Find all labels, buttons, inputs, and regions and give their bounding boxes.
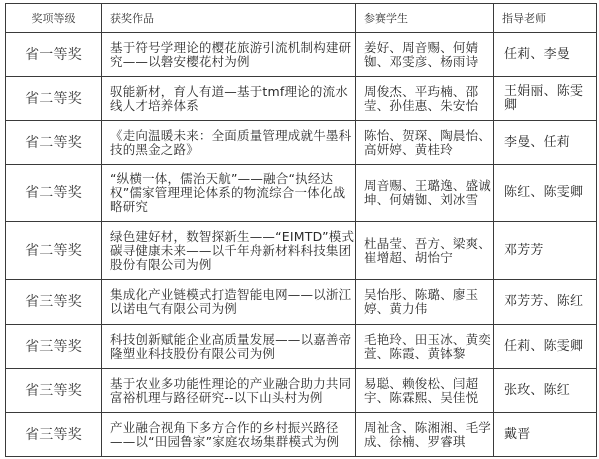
award-teacher: 任莉、李曼: [494, 33, 597, 77]
award-work: 驭能新材，育人有道—基于tmf理论的流水线人才培养体系: [102, 77, 356, 121]
award-students: 周祉含、陈湘湘、毛学成、徐楠、罗睿琪: [356, 413, 494, 457]
award-work: 《走向温暖未来：全面质量管理成就牛墨科技的黑金之路》: [102, 121, 356, 165]
award-teacher: 邓芳芳: [494, 222, 597, 280]
table-row: 省二等奖 驭能新材，育人有道—基于tmf理论的流水线人才培养体系 周俊杰、平玙楠…: [6, 77, 597, 121]
award-level: 省一等奖: [6, 33, 102, 77]
award-teacher: 张玫、陈红: [494, 369, 597, 413]
award-work: “纵横一体，儒治天航”——融合“执经达权”儒家管理理论体系的物流综合一体化战略研…: [102, 165, 356, 222]
award-students: 吴怡彤、陈璐、廖玉婷、黄力伟: [356, 280, 494, 325]
award-level: 省三等奖: [6, 413, 102, 457]
award-level: 省二等奖: [6, 77, 102, 121]
award-teacher: 王娟丽、陈雯卿: [494, 77, 597, 121]
award-teacher: 戴晋: [494, 413, 597, 457]
award-work: 集成化产业链模式打造智能电网——以浙江以诺电气有限公司为例: [102, 280, 356, 325]
award-students: 陈怡、贺琛、陶晨怡、高妍婷、黄桂玲: [356, 121, 494, 165]
award-students: 姜好、周音赐、何婧铷、邓雯彦、杨雨诗: [356, 33, 494, 77]
award-students: 易聪、赖俊松、闫超宇、陈霖熙、吴佳悦: [356, 369, 494, 413]
table-row: 省二等奖 《走向温暖未来：全面质量管理成就牛墨科技的黑金之路》 陈怡、贺琛、陶晨…: [6, 121, 597, 165]
award-level: 省二等奖: [6, 222, 102, 280]
award-work: 绿色建好材，数智探新生——“EIMTD”模式碳寻健康未来——以千年舟新材料科技集…: [102, 222, 356, 280]
award-work: 基于农业多功能性理论的产业融合助力共同富裕机理与路径研究--以下山头村为例: [102, 369, 356, 413]
table-row: 省三等奖 产业融合视角下多方合作的乡村振兴路径——以“田园鲁家”家庭农场集群模式…: [6, 413, 597, 457]
table-row: 省二等奖 “纵横一体，儒治天航”——融合“执经达权”儒家管理理论体系的物流综合一…: [6, 165, 597, 222]
table-row: 省三等奖 集成化产业链模式打造智能电网——以浙江以诺电气有限公司为例 吴怡彤、陈…: [6, 280, 597, 325]
award-students: 周俊杰、平玙楠、邵莹、孙佳惠、朱安怡: [356, 77, 494, 121]
table-row: 省三等奖 科技创新赋能企业高质量发展——以嘉善帝隆塑业科技股份有限公司为例 毛艳…: [6, 325, 597, 369]
award-students: 周音赐、王璐逸、盛诚坤、何婧铷、刘冰雪: [356, 165, 494, 222]
award-teacher: 陈红、陈雯卿: [494, 165, 597, 222]
awards-table: 奖项等级 获奖作品 参赛学生 指导老师 省一等奖 基于符号学理论的樱花旅游引流机…: [5, 3, 597, 457]
award-level: 省三等奖: [6, 369, 102, 413]
table-row: 省三等奖 基于农业多功能性理论的产业融合助力共同富裕机理与路径研究--以下山头村…: [6, 369, 597, 413]
table-row: 省二等奖 绿色建好材，数智探新生——“EIMTD”模式碳寻健康未来——以千年舟新…: [6, 222, 597, 280]
award-level: 省三等奖: [6, 325, 102, 369]
award-level: 省二等奖: [6, 121, 102, 165]
award-work: 科技创新赋能企业高质量发展——以嘉善帝隆塑业科技股份有限公司为例: [102, 325, 356, 369]
header-students: 参赛学生: [356, 4, 494, 33]
award-students: 毛艳玲、田玉冰、黄奕萱、陈霞、黄钵黎: [356, 325, 494, 369]
header-teacher: 指导老师: [494, 4, 597, 33]
header-work: 获奖作品: [102, 4, 356, 33]
award-level: 省三等奖: [6, 280, 102, 325]
header-row: 奖项等级 获奖作品 参赛学生 指导老师: [6, 4, 597, 33]
award-work: 基于符号学理论的樱花旅游引流机制构建研究——以磐安樱花村为例: [102, 33, 356, 77]
table-row: 省一等奖 基于符号学理论的樱花旅游引流机制构建研究——以磐安樱花村为例 姜好、周…: [6, 33, 597, 77]
award-level: 省二等奖: [6, 165, 102, 222]
award-work: 产业融合视角下多方合作的乡村振兴路径——以“田园鲁家”家庭农场集群模式为例: [102, 413, 356, 457]
award-teacher: 任莉、陈雯卿: [494, 325, 597, 369]
award-students: 杜晶莹、吾方、梁爽、崔增超、胡怡宁: [356, 222, 494, 280]
award-teacher: 李曼、任莉: [494, 121, 597, 165]
award-teacher: 邓芳芳、陈红: [494, 280, 597, 325]
header-level: 奖项等级: [6, 4, 102, 33]
